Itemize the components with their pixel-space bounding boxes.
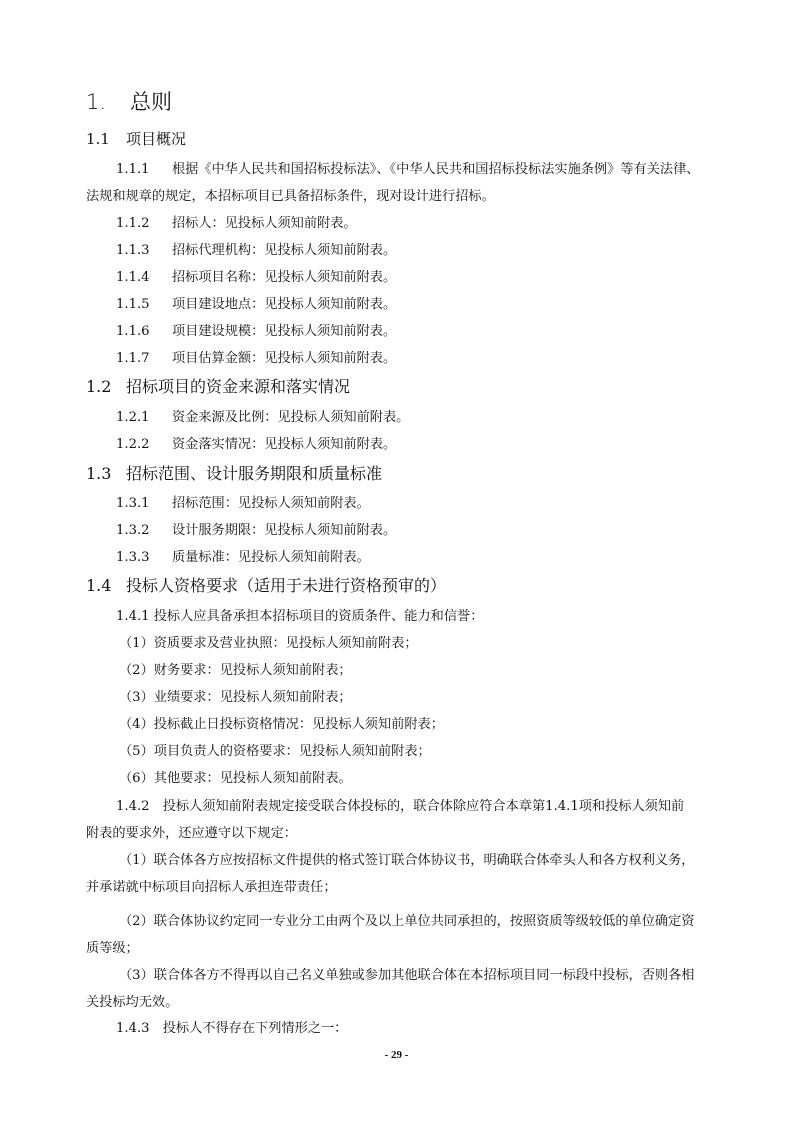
clause-1-3-1: 1.3.1招标范围：见投标人须知前附表。 bbox=[116, 496, 370, 512]
clause-text: 设计服务期限：见投标人须知前附表。 bbox=[172, 523, 396, 538]
section-heading-1-3: 1.3招标范围、设计服务期限和质量标准 bbox=[86, 464, 382, 484]
list-item: （3）联合体各方不得再以自己名义单独或参加其他联合体在本招标项目同一标段中投标，… bbox=[119, 968, 694, 984]
chapter-number: 1. bbox=[86, 89, 130, 115]
clause-1-1-4: 1.1.4招标项目名称：见投标人须知前附表。 bbox=[116, 270, 396, 286]
chapter-title: 总则 bbox=[130, 90, 172, 114]
list-item-continued: 质等级； bbox=[86, 941, 139, 957]
clause-number: 1.3.2 bbox=[116, 523, 172, 539]
clause-1-1-7: 1.1.7项目估算金额：见投标人须知前附表。 bbox=[116, 351, 396, 367]
list-item: （2）联合体协议约定同一专业分工由两个及以上单位共同承担的，按照资质等级较低的单… bbox=[119, 914, 694, 930]
clause-number: 1.3.1 bbox=[116, 496, 172, 512]
list-item: （3）业绩要求：见投标人须知前附表； bbox=[119, 690, 352, 706]
list-item: （2）财务要求：见投标人须知前附表； bbox=[119, 663, 352, 679]
list-item: （5）项目负责人的资格要求：见投标人须知前附表； bbox=[119, 744, 431, 760]
clause-number: 1.1.6 bbox=[116, 324, 172, 340]
section-number: 1.4 bbox=[86, 576, 126, 596]
clause-text: 项目建设地点：见投标人须知前附表。 bbox=[172, 297, 396, 312]
clause-1-4-3: 1.4.3 投标人不得存在下列情形之一： bbox=[116, 1021, 347, 1037]
clause-text: 招标范围：见投标人须知前附表。 bbox=[172, 496, 370, 511]
section-title: 投标人资格要求（适用于未进行资格预审的） bbox=[126, 576, 446, 595]
clause-text: 招标代理机构：见投标人须知前附表。 bbox=[172, 243, 396, 258]
clause-1-1-5: 1.1.5项目建设地点：见投标人须知前附表。 bbox=[116, 297, 396, 313]
clause-number: 1.1.4 bbox=[116, 270, 172, 286]
clause-number: 1.1.7 bbox=[116, 351, 172, 367]
clause-number: 1.1.3 bbox=[116, 243, 172, 259]
list-item: （1）资质要求及营业执照：见投标人须知前附表； bbox=[119, 636, 418, 652]
clause-text: 资金落实情况：见投标人须知前附表。 bbox=[172, 437, 396, 452]
section-heading-1-4: 1.4投标人资格要求（适用于未进行资格预审的） bbox=[86, 576, 446, 596]
section-number: 1.2 bbox=[86, 377, 126, 397]
chapter-heading: 1.总则 bbox=[86, 89, 172, 115]
clause-number: 1.2.1 bbox=[116, 410, 172, 426]
section-title: 招标范围、设计服务期限和质量标准 bbox=[126, 464, 382, 483]
section-heading-1-2: 1.2招标项目的资金来源和落实情况 bbox=[86, 377, 350, 397]
section-number: 1.1 bbox=[86, 129, 126, 149]
clause-1-4-2: 1.4.2 投标人须知前附表规定接受联合体投标的，联合体除应符合本章第1.4.1… bbox=[116, 799, 684, 815]
list-item: （1）联合体各方应按招标文件提供的格式签订联合体协议书，明确联合体牵头人和各方权… bbox=[119, 853, 694, 869]
clause-1-1-1-continued: 法规和规章的规定，本招标项目已具备招标条件，现对设计进行招标。 bbox=[86, 189, 495, 205]
clause-number: 1.3.3 bbox=[116, 550, 172, 566]
clause-number: 1.1.2 bbox=[116, 216, 172, 232]
section-number: 1.3 bbox=[86, 464, 126, 484]
clause-1-1-1: 1.1.1根据《中华人民共和国招标投标法》、《中华人民共和国招标投标法实施条例》… bbox=[116, 162, 699, 178]
clause-1-2-1: 1.2.1资金来源及比例：见投标人须知前附表。 bbox=[116, 410, 409, 426]
clause-1-3-3: 1.3.3质量标准：见投标人须知前附表。 bbox=[116, 550, 370, 566]
section-heading-1-1: 1.1项目概况 bbox=[86, 129, 186, 149]
clause-1-1-2: 1.1.2招标人：见投标人须知前附表。 bbox=[116, 216, 357, 232]
clause-1-2-2: 1.2.2资金落实情况：见投标人须知前附表。 bbox=[116, 437, 396, 453]
list-item: （4）投标截止日投标资格情况：见投标人须知前附表； bbox=[119, 717, 444, 733]
clause-text: 根据《中华人民共和国招标投标法》、《中华人民共和国招标投标法实施条例》等有关法律… bbox=[172, 162, 699, 177]
clause-text: 质量标准：见投标人须知前附表。 bbox=[172, 550, 370, 565]
clause-1-4-2-continued: 附表的要求外，还应遵守以下规定： bbox=[86, 826, 297, 842]
page-number: - 29 - bbox=[0, 1049, 793, 1061]
clause-text: 资金来源及比例：见投标人须知前附表。 bbox=[172, 410, 409, 425]
clause-1-4-1: 1.4.1 投标人应具备承担本招标项目的资质条件、能力和信誉： bbox=[116, 609, 483, 625]
clause-number: 1.1.1 bbox=[116, 162, 172, 178]
clause-number: 1.2.2 bbox=[116, 437, 172, 453]
clause-number: 1.1.5 bbox=[116, 297, 172, 313]
clause-1-1-3: 1.1.3招标代理机构：见投标人须知前附表。 bbox=[116, 243, 396, 259]
clause-text: 项目估算金额：见投标人须知前附表。 bbox=[172, 351, 396, 366]
clause-1-1-6: 1.1.6项目建设规模：见投标人须知前附表。 bbox=[116, 324, 396, 340]
list-item-continued: 并承诺就中标项目向招标人承担连带责任； bbox=[86, 880, 337, 896]
clause-text: 招标项目名称：见投标人须知前附表。 bbox=[172, 270, 396, 285]
section-title: 招标项目的资金来源和落实情况 bbox=[126, 377, 350, 396]
list-item: （6）其他要求：见投标人须知前附表。 bbox=[119, 771, 352, 787]
clause-text: 项目建设规模：见投标人须知前附表。 bbox=[172, 324, 396, 339]
clause-text: 招标人：见投标人须知前附表。 bbox=[172, 216, 357, 231]
clause-1-3-2: 1.3.2设计服务期限：见投标人须知前附表。 bbox=[116, 523, 396, 539]
list-item-continued: 关投标均无效。 bbox=[86, 995, 178, 1011]
section-title: 项目概况 bbox=[126, 130, 186, 148]
